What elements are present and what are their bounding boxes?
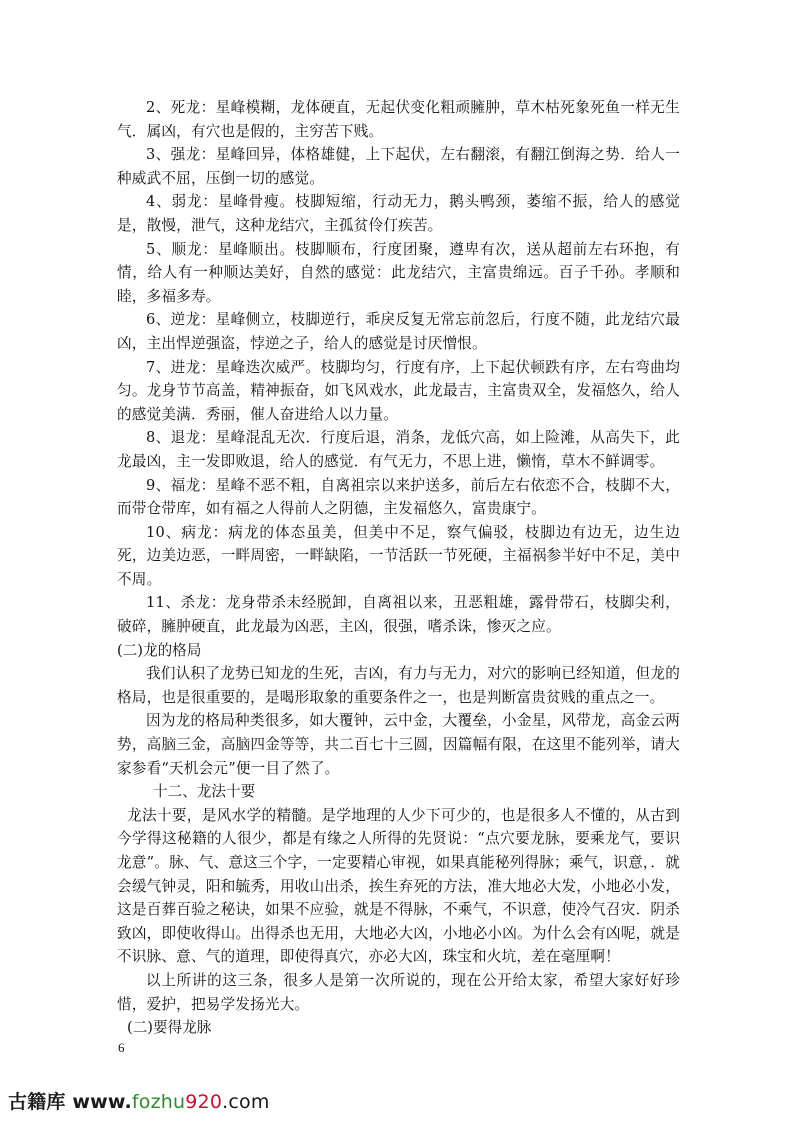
paragraph-closing: 以上所讲的这三条，很多人是第一次所说的，现在公开给太家，希望大家好好珍惜，爱护，…	[117, 969, 680, 1016]
paragraph-ten-essentials: 龙法十要，是风水学的精髓。是学地理的人少下可少的，也是很多人不懂的，从古到今学得…	[117, 804, 680, 969]
paragraph-retreating-dragon: 8、退龙：星峰混乱无次．行度后退，消条，龙低穴高，如上险滩，从高失下，此龙最凶，…	[117, 426, 680, 473]
paragraph-sick-dragon: 10、病龙：病龙的体态虽美，但美中不足，察气偏驳，枝脚边有边无，边生边死，边美边…	[117, 521, 680, 592]
watermark: 古籍库 www.fozhu920.com	[8, 1087, 270, 1114]
page-number: 6	[118, 1040, 125, 1056]
section-heading-dragon-vein: (二)要得龙脉	[117, 1016, 680, 1040]
watermark-prefix: 古籍库 www.	[8, 1091, 132, 1113]
paragraph-killing-dragon: 11、杀龙：龙身带杀未经脱卸，自离祖以来，丑恶粗雄，露骨带石，枝脚尖利，破碎，臃…	[117, 591, 680, 638]
paragraph-pattern-types: 因为龙的格局种类很多，如大覆钟，云中金，大覆垒，小金星，风带龙，高金云两势，高脑…	[117, 709, 680, 780]
paragraph-pattern-intro: 我们认积了龙势已知龙的生死，吉凶，有力与无力，对穴的影响已经知道，但龙的格局，也…	[117, 662, 680, 709]
paragraph-advancing-dragon: 7、进龙：星峰迭次威严。枝脚均匀，行度有序，上下起伏顿跌有序，左右弯曲均匀。龙身…	[117, 356, 680, 427]
watermark-green-part: fozhu	[132, 1091, 185, 1113]
paragraph-weak-dragon: 4、弱龙：星峰骨瘦。枝脚短缩，行动无力，鹅头鸭颈，萎缩不振，给人的感觉是，散慢，…	[117, 190, 680, 237]
document-body: 2、死龙：星峰模糊，龙体硬直，无起伏变化粗顽臃肿，草木枯死象死鱼一样无生气．属凶…	[117, 96, 680, 1040]
watermark-suffix: .com	[222, 1091, 269, 1113]
paragraph-reverse-dragon: 6、逆龙：星峰侧立，枝脚逆行，乖戾反复无常忘前忽后，行度不随，此龙结穴最凶，主出…	[117, 308, 680, 355]
section-heading-dragon-pattern: (二)龙的格局	[117, 639, 680, 663]
paragraph-dead-dragon: 2、死龙：星峰模糊，龙体硬直，无起伏变化粗顽臃肿，草木枯死象死鱼一样无生气．属凶…	[117, 96, 680, 143]
paragraph-smooth-dragon: 5、顺龙：星峰顺出。枝脚顺布，行度团聚，遵卑有次，送从超前左右环抱，有情，给人有…	[117, 238, 680, 309]
paragraph-strong-dragon: 3、强龙：星峰回异，体格雄健，上下起伏，左右翻滚，有翻江倒海之势．给人一种威武不…	[117, 143, 680, 190]
chapter-heading-ten-essentials: 十二、龙法十要	[117, 780, 680, 804]
watermark-red-part: 920	[185, 1091, 222, 1113]
paragraph-fortune-dragon: 9、福龙：星峰不恶不粗，自离祖宗以来护送多，前后左右依恋不合，枝脚不大，而带仓带…	[117, 474, 680, 521]
